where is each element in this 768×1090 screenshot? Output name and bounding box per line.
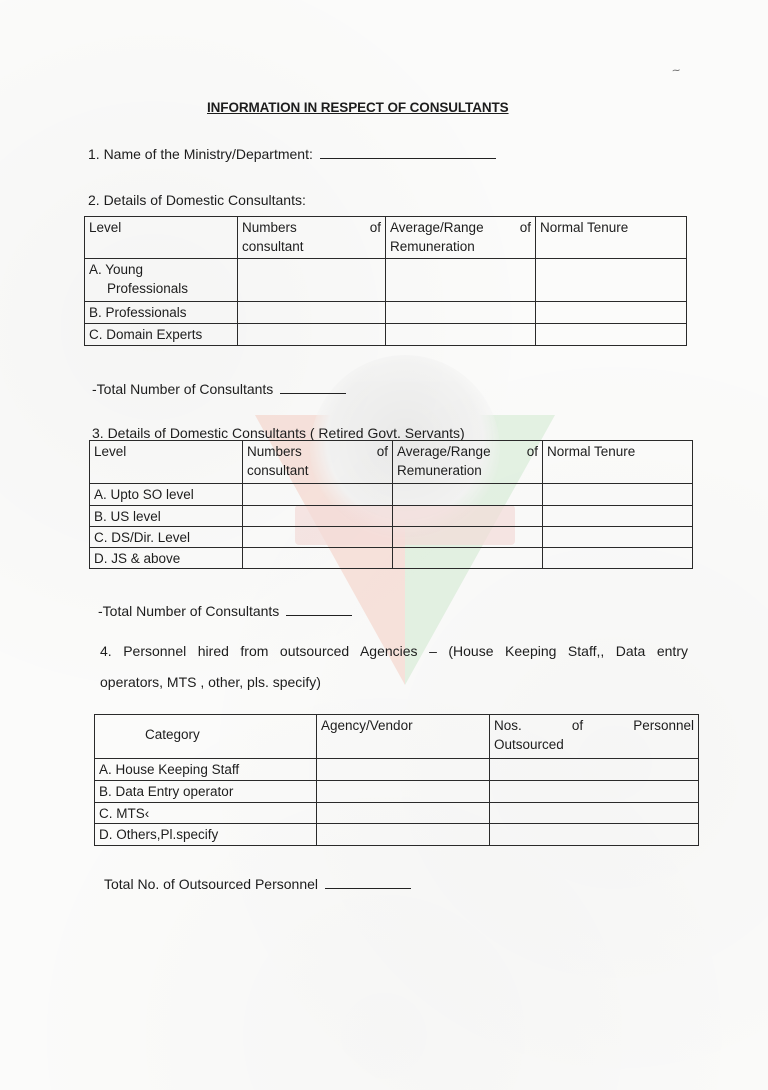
cell-agency[interactable] <box>317 759 490 781</box>
table-header-row: Level Numbersof consultant Average/Range… <box>90 441 693 484</box>
row-level-line1: A. Young <box>89 262 143 277</box>
header-nos: Nos.ofPersonnel Outsourced <box>490 715 699 759</box>
cell-numbers[interactable] <box>243 484 393 506</box>
header-category: Category <box>95 715 317 759</box>
header-avg-word1: Average/Range <box>397 442 491 461</box>
header-nos-word1: Nos. <box>494 716 522 735</box>
cell-nos[interactable] <box>490 824 699 846</box>
cell-remuneration[interactable] <box>386 259 536 302</box>
cell-numbers[interactable] <box>238 324 386 346</box>
table-row: B. Data Entry operator <box>95 781 699 803</box>
section4-total-label: Total No. of Outsourced Personnel <box>104 876 318 892</box>
row-level: B. US level <box>90 506 243 527</box>
form-page: ~ INFORMATION IN RESPECT OF CONSULTANTS … <box>0 0 768 1090</box>
table-row: A. Upto SO level <box>90 484 693 506</box>
header-numbers: Numbersof consultant <box>243 441 393 484</box>
cell-numbers[interactable] <box>243 527 393 548</box>
ministry-field-row: 1. Name of the Ministry/Department: <box>88 146 496 162</box>
header-nos-word4: Outsourced <box>494 735 694 754</box>
table-row: B. Professionals <box>85 302 687 324</box>
cell-nos[interactable] <box>490 781 699 803</box>
cell-tenure[interactable] <box>536 324 687 346</box>
section3-total-row: -Total Number of Consultants <box>98 603 352 619</box>
document-title: INFORMATION IN RESPECT OF CONSULTANTS <box>207 100 509 115</box>
section3-total-label: -Total Number of Consultants <box>98 603 279 619</box>
cell-remuneration[interactable] <box>386 324 536 346</box>
outsourced-personnel-table: Category Agency/Vendor Nos.ofPersonnel O… <box>94 714 699 846</box>
row-level: A. Upto SO level <box>90 484 243 506</box>
section4-total-row: Total No. of Outsourced Personnel <box>104 876 411 892</box>
header-remuneration: Average/Rangeof Remuneration <box>386 217 536 259</box>
header-nos-word2: of <box>572 716 583 735</box>
header-tenure: Normal Tenure <box>543 441 693 484</box>
cell-nos[interactable] <box>490 803 699 824</box>
section4-total-input[interactable] <box>325 887 411 889</box>
header-numbers-word2: of <box>370 218 381 237</box>
row-level: C. Domain Experts <box>85 324 238 346</box>
header-numbers-word3: consultant <box>247 461 388 480</box>
header-numbers-word1: Numbers <box>242 218 297 237</box>
handwritten-corner-mark: ~ <box>671 62 681 79</box>
cell-numbers[interactable] <box>243 506 393 527</box>
header-remuneration: Average/Rangeof Remuneration <box>393 441 543 484</box>
header-avg-word3: Remuneration <box>390 237 531 256</box>
header-numbers-word2: of <box>377 442 388 461</box>
row-level: C. DS/Dir. Level <box>90 527 243 548</box>
table-row: D. Others,Pl.specify <box>95 824 699 846</box>
header-numbers-word3: consultant <box>242 237 381 256</box>
row-level-line2: Professionals <box>89 279 233 298</box>
header-avg-word1: Average/Range <box>390 218 484 237</box>
table-header-row: Category Agency/Vendor Nos.ofPersonnel O… <box>95 715 699 759</box>
section4-heading-line1: 4. Personnel hired from outsourced Agenc… <box>100 643 688 659</box>
table-row: C. DS/Dir. Level <box>90 527 693 548</box>
cell-remuneration[interactable] <box>393 527 543 548</box>
header-numbers: Numbersof consultant <box>238 217 386 259</box>
cell-tenure[interactable] <box>543 527 693 548</box>
ministry-input[interactable] <box>320 157 496 159</box>
cell-tenure[interactable] <box>536 259 687 302</box>
cell-remuneration[interactable] <box>386 302 536 324</box>
row-category: B. Data Entry operator <box>95 781 317 803</box>
section3-total-input[interactable] <box>286 614 352 616</box>
cell-tenure[interactable] <box>543 484 693 506</box>
row-category: D. Others,Pl.specify <box>95 824 317 846</box>
retired-consultants-table: Level Numbersof consultant Average/Range… <box>89 440 693 569</box>
table-row: B. US level <box>90 506 693 527</box>
header-avg-word2: of <box>520 218 531 237</box>
section2-heading: 2. Details of Domestic Consultants: <box>88 192 306 208</box>
section2-total-label: -Total Number of Consultants <box>92 381 273 397</box>
table-row: C. Domain Experts <box>85 324 687 346</box>
domestic-consultants-table: Level Numbersof consultant Average/Range… <box>84 216 687 346</box>
table-header-row: Level Numbersof consultant Average/Range… <box>85 217 687 259</box>
header-numbers-word1: Numbers <box>247 442 302 461</box>
header-level: Level <box>85 217 238 259</box>
cell-agency[interactable] <box>317 781 490 803</box>
table-row: C. MTS‹ <box>95 803 699 824</box>
row-level: A. Young Professionals <box>85 259 238 302</box>
section4-heading-line2: operators, MTS , other, pls. specify) <box>100 674 321 690</box>
cell-numbers[interactable] <box>238 259 386 302</box>
ministry-label: 1. Name of the Ministry/Department: <box>88 146 313 162</box>
section2-total-input[interactable] <box>280 392 346 394</box>
cell-nos[interactable] <box>490 759 699 781</box>
section3-heading: 3. Details of Domestic Consultants ( Ret… <box>92 425 465 441</box>
row-category: C. MTS‹ <box>95 803 317 824</box>
cell-agency[interactable] <box>317 803 490 824</box>
table-row: A. Young Professionals <box>85 259 687 302</box>
cell-remuneration[interactable] <box>393 548 543 569</box>
row-level: B. Professionals <box>85 302 238 324</box>
row-level: D. JS & above <box>90 548 243 569</box>
cell-numbers[interactable] <box>243 548 393 569</box>
header-level: Level <box>90 441 243 484</box>
cell-agency[interactable] <box>317 824 490 846</box>
cell-remuneration[interactable] <box>393 506 543 527</box>
row-category: A. House Keeping Staff <box>95 759 317 781</box>
cell-remuneration[interactable] <box>393 484 543 506</box>
header-agency: Agency/Vendor <box>317 715 490 759</box>
section2-total-row: -Total Number of Consultants <box>92 381 346 397</box>
header-tenure: Normal Tenure <box>536 217 687 259</box>
table-row: A. House Keeping Staff <box>95 759 699 781</box>
header-avg-word3: Remuneration <box>397 461 538 480</box>
table-row: D. JS & above <box>90 548 693 569</box>
header-nos-word3: Personnel <box>633 716 694 735</box>
cell-numbers[interactable] <box>238 302 386 324</box>
header-avg-word2: of <box>527 442 538 461</box>
cell-tenure[interactable] <box>536 302 687 324</box>
cell-tenure[interactable] <box>543 506 693 527</box>
cell-tenure[interactable] <box>543 548 693 569</box>
